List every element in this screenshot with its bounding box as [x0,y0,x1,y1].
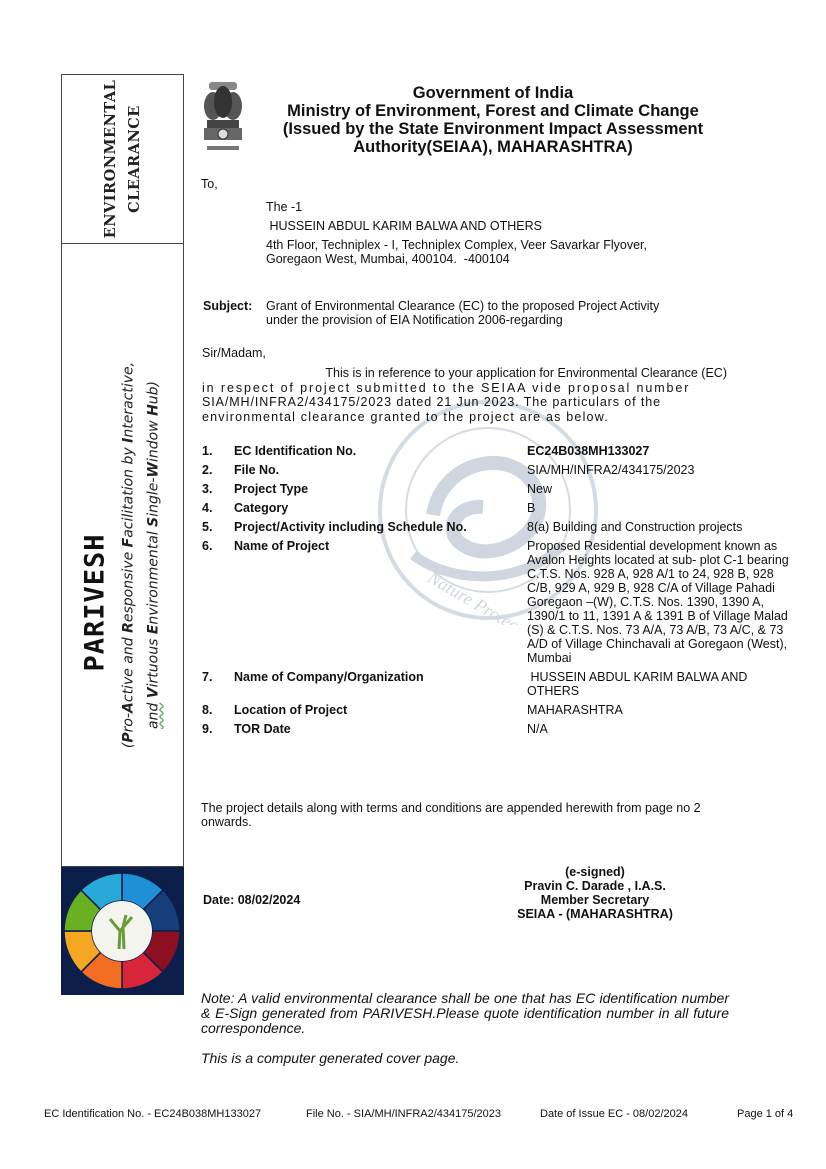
tagline-fragment: S [145,517,161,527]
ec-detail-row: 9.TOR DateN/A [202,722,789,741]
row-value: HUSSEIN ABDUL KARIM BALWA AND OTHERS [527,670,789,703]
address-line3: 4th Floor, Techniplex - I, Techniplex Co… [266,238,647,252]
ec-detail-row: 5.Project/Activity including Schedule No… [202,520,789,539]
row-value: 8(a) Building and Construction projects [527,520,789,539]
ec-detail-row: 7.Name of Company/Organization HUSSEIN A… [202,670,789,703]
tagline-fragment: ctive and [120,633,136,702]
ec-detail-row: 6.Name of ProjectProposed Residential de… [202,539,789,670]
row-value: EC24B038MH133027 [527,444,789,463]
ec-detail-row: 3.Project TypeNew [202,482,789,501]
footer-issue-date: Date of Issue EC - 08/02/2024 [540,1108,688,1120]
subject-line1: Grant of Environmental Clearance (EC) to… [266,299,659,313]
row-number: 5. [202,520,234,539]
tagline-fragment: ub) [145,381,161,404]
row-number: 4. [202,501,234,520]
row-number: 9. [202,722,234,741]
tagline-fragment: ( [120,743,136,748]
parivesh-branding: PARIVESH (Pro-Active and Responsive Faci… [79,362,166,748]
esigned-label: (e-signed) [480,865,710,879]
header-line4: Authority(SEIAA), MAHARASHTRA) [255,138,731,156]
row-value: New [527,482,789,501]
tagline-fragment: nteractive, [120,362,136,438]
tagline-fragment: A [120,702,136,713]
ec-detail-row: 2.File No.SIA/MH/INFRA2/434175/2023 [202,463,789,482]
row-label: Name of Company/Organization [234,670,527,703]
address-line2: HUSSEIN ABDUL KARIM BALWA AND OTHERS [266,219,542,233]
row-label: File No. [234,463,527,482]
intro-line1: This is in reference to your application… [202,366,727,381]
intro-line3: SIA/MH/INFRA2/434175/2023 dated 21 Jun 2… [202,395,727,410]
row-number: 1. [202,444,234,463]
tagline-fragment: irtuous [145,634,161,687]
document-header: Government of India Ministry of Environm… [255,84,731,156]
parivesh-title: PARIVESH [79,362,110,843]
tagline-fragment: I [120,438,136,443]
intro-line2: in respect of project submitted to the S… [202,381,727,396]
row-label: TOR Date [234,722,527,741]
intro-line4: environmental clearance granted to the p… [202,410,727,425]
ec-label-line2: CLEARANCE [123,80,147,239]
header-line1: Government of India [255,84,731,102]
header-line2: Ministry of Environment, Forest and Clim… [255,102,731,120]
computer-generated-note: This is a computer generated cover page. [201,1051,459,1065]
tagline-fragment: indow [145,416,161,462]
tagline-fragment: F [120,538,136,548]
ec-detail-row: 1.EC Identification No.EC24B038MH133027 [202,444,789,463]
row-label: Location of Project [234,703,527,722]
row-value: Proposed Residential development known a… [527,539,789,670]
row-value: N/A [527,722,789,741]
tagline-fragment: H [145,404,161,416]
row-label: Name of Project [234,539,527,670]
parivesh-tagline-line2: and Virtuous Environmental Single-Window… [141,362,166,748]
parivesh-tagline-line1: (Pro-Active and Responsive Facilitation … [116,362,141,748]
national-emblem-icon [199,78,247,158]
header-line3: (Issued by the State Environment Impact … [255,120,731,138]
row-label: Project/Activity including Schedule No. [234,520,527,539]
row-value: B [527,501,789,520]
row-number: 3. [202,482,234,501]
address-line1: The -1 [266,200,302,214]
row-label: EC Identification No. [234,444,527,463]
signature-block: (e-signed) Pravin C. Darade , I.A.S. Mem… [480,865,710,921]
signatory-authority: SEIAA - (MAHARASHTRA) [480,907,710,921]
intro-paragraph: This is in reference to your application… [202,366,727,424]
footer-page-number: Page 1 of 4 [737,1108,793,1120]
footer-ec-id: EC Identification No. - EC24B038MH133027 [44,1108,261,1120]
parivesh-wheel-logo-icon [61,867,184,995]
tagline-fragment: acilitation by [120,443,136,538]
tagline-fragment: V [145,687,161,698]
tagline-fragment: P [120,732,136,742]
row-number: 2. [202,463,234,482]
subject-line2: under the provision of EIA Notification … [266,313,563,327]
ec-label-line1: ENVIRONMENTAL [99,80,123,239]
greeting: Sir/Madam, [202,346,266,360]
tagline-fragment: nvironmental [145,527,161,625]
tagline-fragment: E [145,625,161,635]
row-label: Project Type [234,482,527,501]
validity-note: Note: A valid environmental clearance sh… [201,991,729,1036]
tagline-fragment: and [145,703,161,729]
row-value: MAHARASHTRA [527,703,789,722]
environmental-clearance-box: ENVIRONMENTAL CLEARANCE [61,74,184,244]
tagline-fragment: esponsive [120,547,136,622]
ec-detail-row: 4.CategoryB [202,501,789,520]
signatory-name: Pravin C. Darade , I.A.S. [480,879,710,893]
row-number: 6. [202,539,234,670]
tagline-fragment: ro- [120,713,136,732]
appendix-note: The project details along with terms and… [201,801,731,829]
tagline-fragment: R [120,622,136,633]
footer-file-no: File No. - SIA/MH/INFRA2/434175/2023 [306,1108,501,1120]
row-value: SIA/MH/INFRA2/434175/2023 [527,463,789,482]
signatory-designation: Member Secretary [480,893,710,907]
ec-details-table: 1.EC Identification No.EC24B038MH1330272… [202,444,789,741]
address-line4: Goregaon West, Mumbai, 400104. -400104 [266,252,510,266]
row-label: Category [234,501,527,520]
tagline-fragment: W [145,462,161,477]
ec-detail-row: 8.Location of ProjectMAHARASHTRA [202,703,789,722]
tagline-fragment [145,698,161,702]
subject-label: Subject: [203,299,252,313]
row-number: 7. [202,670,234,703]
salutation-to: To, [201,177,218,191]
row-number: 8. [202,703,234,722]
parivesh-box: PARIVESH (Pro-Active and Responsive Faci… [61,243,184,867]
issue-date: Date: 08/02/2024 [203,893,300,907]
environmental-clearance-label: ENVIRONMENTAL CLEARANCE [99,80,147,239]
tagline-fragment: ingle- [145,478,161,517]
